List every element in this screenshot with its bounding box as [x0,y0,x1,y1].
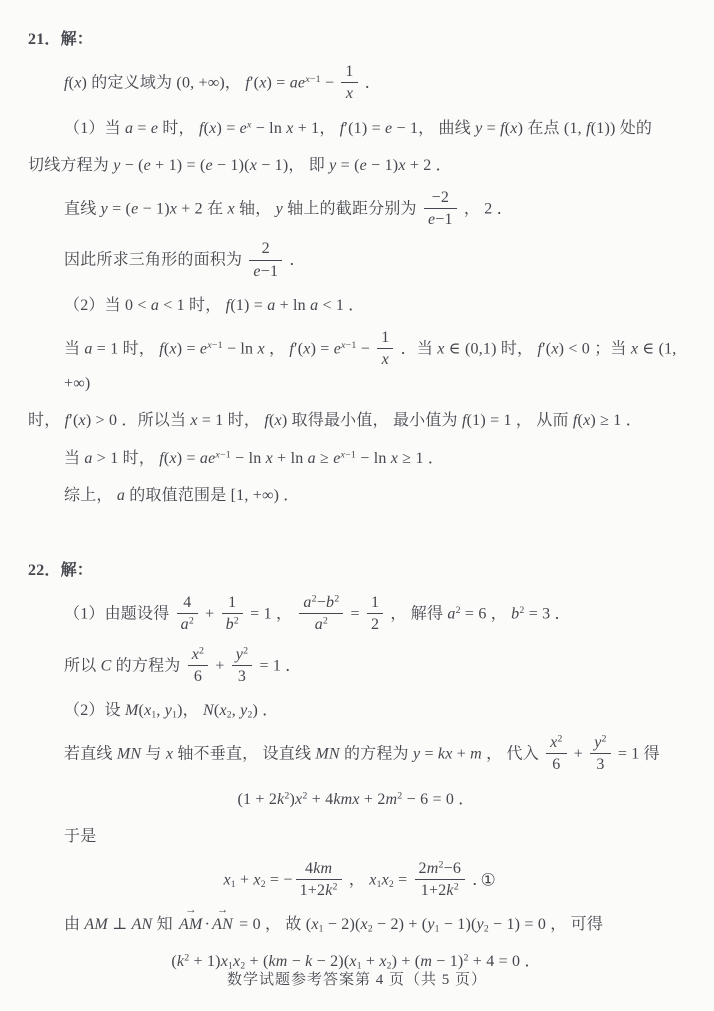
equation-number-badge: ① [481,866,496,895]
solution-line: (1 + 2k2)x2 + 4kmx + 2m2 − 6 = 0 ． [28,786,684,813]
solution-line: 当 a > 1 时， f(x) = aex−1 − ln x + ln a ≥ … [28,445,684,472]
problem-heading: 22．解： [28,557,684,584]
solution-line: x1 + x2 = −4km1+2k2 ， x1x2 = 2m2−61+2k2 … [28,860,684,901]
solution-lines: 21．解：f(x) 的定义域为 (0, +∞)， f′(x) = aex−1 −… [28,26,684,976]
solution-line: 所以 C 的方程为 x26 + y23 = 1 ． [28,646,684,687]
solution-line: 若直线 MN 与 x 轴不垂直， 设直线 MN 的方程为 y = kx + m … [28,734,684,775]
solution-line: 由 AM ⊥ AN 知 AM·AN = 0 ， 故 (x1 − 2)(x2 − … [28,911,684,938]
solution-line: 时， f′(x) > 0 ．所以当 x = 1 时， f(x) 取得最小值， 最… [28,407,684,434]
problem-heading: 21．解： [28,26,684,53]
solution-line: （2）当 0 < a < 1 时， f(1) = a + ln a < 1 ． [28,292,684,319]
solution-line: （1）当 a = e 时， f(x) = ex − ln x + 1， f′(1… [28,115,684,142]
page-footer: 数学试题参考答案第 4 页（共 5 页） [0,968,714,989]
solution-line: 直线 y = (e − 1)x + 2 在 x 轴， y 轴上的截距分别为 −2… [28,189,684,230]
solution-line: 综上， a 的取值范围是 [1, +∞) ． [28,482,684,509]
solution-line: 当 a = 1 时， f(x) = ex−1 − ln x ， f′(x) = … [28,329,684,398]
solution-line: （1）由题设得 4a2 + 1b2 = 1 ， a2−b2a2 = 12 ， 解… [28,594,684,635]
solution-line: 于是 [28,823,684,850]
document-page: 21．解：f(x) 的定义域为 (0, +∞)， f′(x) = aex−1 −… [0,0,714,1011]
solution-line: f(x) 的定义域为 (0, +∞)， f′(x) = aex−1 − 1x ． [28,63,684,104]
solution-line: 因此所求三角形的面积为 2e−1 ． [28,240,684,281]
solution-line: （2）设 M(x1, y1)， N(x2, y2) ． [28,697,684,724]
solution-line: 切线方程为 y − (e + 1) = (e − 1)(x − 1)， 即 y … [28,152,684,179]
